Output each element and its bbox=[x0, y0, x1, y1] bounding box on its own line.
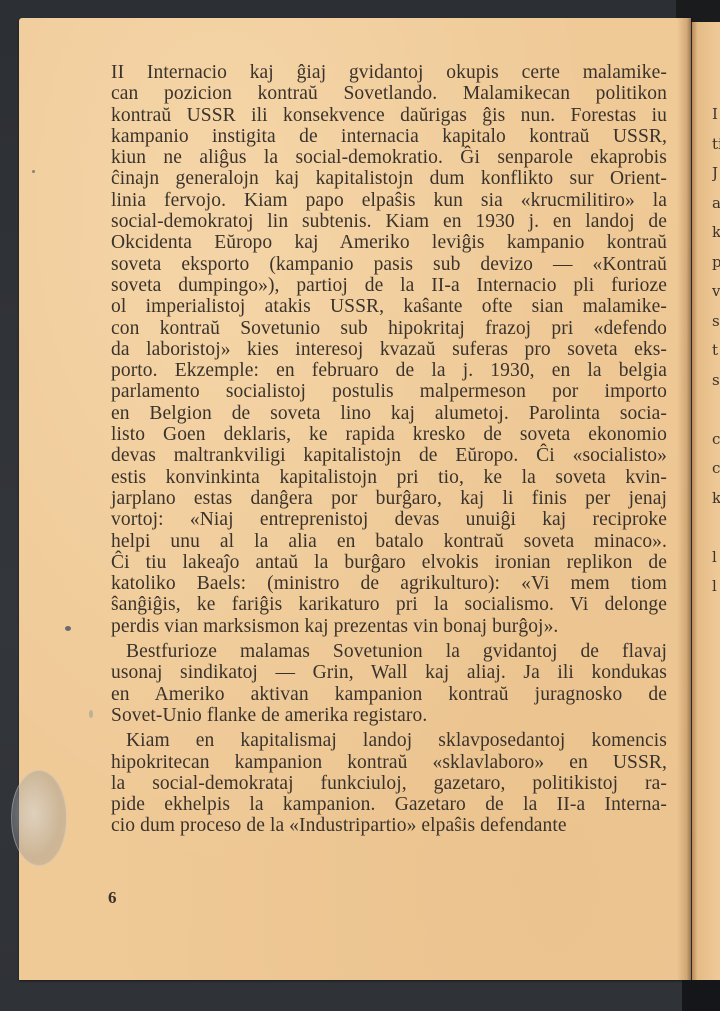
text-line: perdis vian marksismon kaj prezentas vin… bbox=[111, 616, 667, 637]
text-line: Ĉi tiu lakeaĵo antaŭ la burĝaro elvokis … bbox=[111, 552, 667, 573]
paragraph: II Internacio kaj ĝiaj gvidantoj okupis … bbox=[111, 62, 667, 637]
adjacent-page-text: I ti J a k p v s t s c c k l l bbox=[712, 100, 720, 602]
text-line: kontraŭ USSR ili konsekvence daŭrigas ĝi… bbox=[111, 105, 667, 126]
paper-speck bbox=[89, 710, 93, 718]
text-line: Kiam en kapitalismaj landoj sklavposedan… bbox=[111, 730, 667, 751]
text-line: jarplano estas danĝera por burĝaro, kaj … bbox=[111, 488, 667, 509]
text-line: soveta dumpingo»), partioj de la II-a In… bbox=[111, 275, 667, 296]
text-line: II Internacio kaj ĝiaj gvidantoj okupis … bbox=[111, 62, 667, 83]
text-line: helpi unu al la alia en batalo kontraŭ s… bbox=[111, 531, 667, 552]
text-line: en Belgion de soveta lino kaj alumetoj. … bbox=[111, 403, 667, 424]
text-line: linia fervojo. Kiam papo elpaŝis kun sia… bbox=[111, 190, 667, 211]
text-line: ol imperialistoj atakis USSR, kaŝante of… bbox=[111, 296, 667, 317]
adjacent-page-edge: I ti J a k p v s t s c c k l l bbox=[692, 22, 720, 990]
text-line: en Ameriko aktivan kampanion kontraŭ jur… bbox=[111, 684, 667, 705]
text-line: Sovet-Unio flanke de amerika registaro. bbox=[111, 705, 667, 726]
text-line: listo Goen deklaris, ke rapida kresko de… bbox=[111, 424, 667, 445]
paper-speck bbox=[65, 626, 71, 631]
text-line: katoliko Baels: (ministro de agrikulturo… bbox=[111, 573, 667, 594]
page-number: 6 bbox=[108, 888, 117, 908]
paper-speck bbox=[32, 170, 35, 173]
text-line: da laboristoj» kies interesoj kvazaŭ suf… bbox=[111, 339, 667, 360]
text-line: Okcidenta Eŭropo kaj Ameriko leviĝis kam… bbox=[111, 232, 667, 253]
text-line: social-demokratoj lin subtenis. Kiam en … bbox=[111, 211, 667, 232]
text-line: usonaj sindikatoj — Grin, Wall kaj aliaj… bbox=[111, 662, 667, 683]
text-line: parlamento socialistoj postulis malperme… bbox=[111, 381, 667, 402]
page-gutter-shadow bbox=[677, 18, 691, 980]
text-line: ĉinajn generalojn kaj kapitalistojn dum … bbox=[111, 168, 667, 189]
text-line: porto. Ekzemple: en februaro de la j. 19… bbox=[111, 360, 667, 381]
text-line: la social-demokrataj funkciuloj, gazetar… bbox=[111, 773, 667, 794]
text-line: kiun ne aliĝus la social-demokratio. Ĝi … bbox=[111, 147, 667, 168]
text-line: devas maltrankviligi kapitalistojn de Eŭ… bbox=[111, 445, 667, 466]
text-line: cio dum proceso de la «Industripartio» e… bbox=[111, 815, 667, 836]
scanned-document: I ti J a k p v s t s c c k l l II Intern… bbox=[0, 0, 720, 1011]
book-spine-bottom bbox=[682, 980, 720, 1011]
text-line: Bestfurioze malamas Sovetunion la gvidan… bbox=[111, 641, 667, 662]
body-text: II Internacio kaj ĝiaj gvidantoj okupis … bbox=[111, 62, 667, 837]
text-line: can pozicion kontraŭ Sovetlando. Malamik… bbox=[111, 83, 667, 104]
paragraph: Kiam en kapitalismaj landoj sklavposedan… bbox=[111, 730, 667, 836]
text-line: pide ekhelpis la kampanion. Gazetaro de … bbox=[111, 794, 667, 815]
text-line: con kontraŭ Sovetunio sub hipokritaj fra… bbox=[111, 318, 667, 339]
text-line: ŝanĝiĝis, ke fariĝis karikaturo pri la s… bbox=[111, 594, 667, 615]
paragraph: Bestfurioze malamas Sovetunion la gvidan… bbox=[111, 641, 667, 726]
scanner-thumb-reflection bbox=[11, 770, 67, 866]
text-line: vortoj: «Niaj entreprenistoj devas unuiĝ… bbox=[111, 509, 667, 530]
text-line: estis konvinkinta kapitalistojn pri tio,… bbox=[111, 467, 667, 488]
text-line: kampanio instigita de internacia kapital… bbox=[111, 126, 667, 147]
text-line: hipokritecan kampanion kontraŭ «sklavlab… bbox=[111, 752, 667, 773]
text-line: soveta eksporto (kampanio pasis sub devi… bbox=[111, 254, 667, 275]
